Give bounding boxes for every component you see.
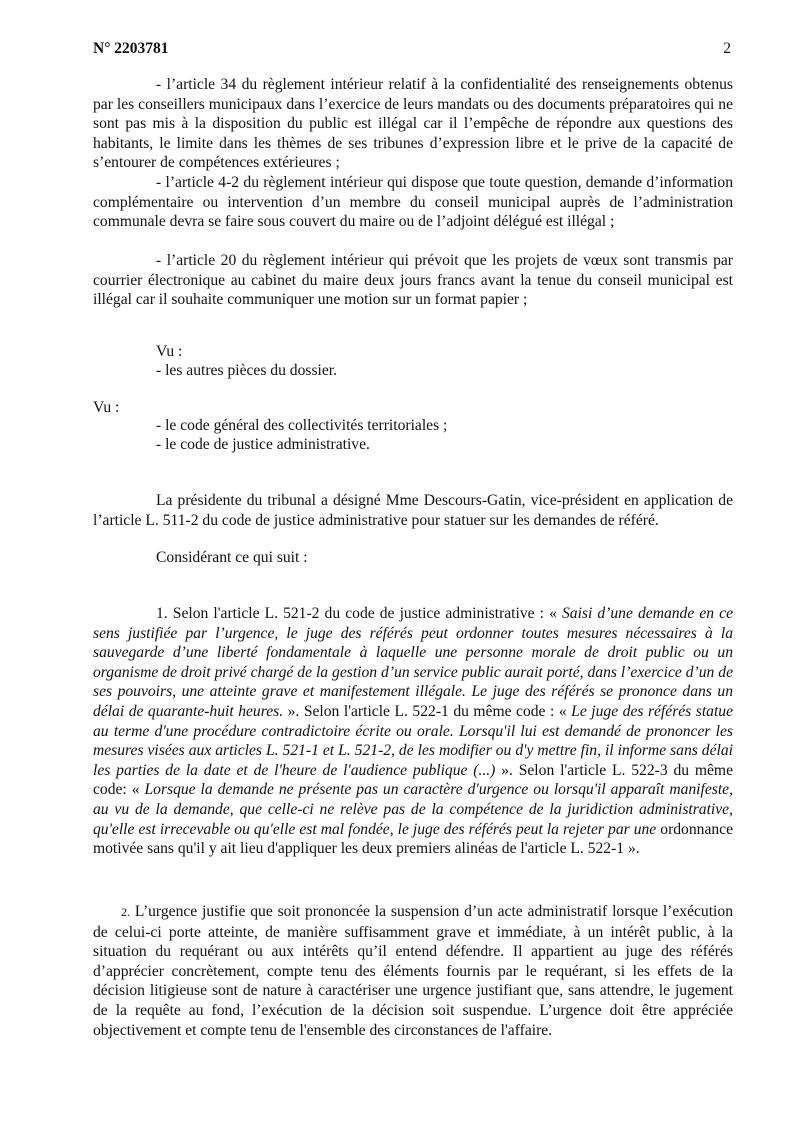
considerant-heading: Considérant ce qui suit :: [93, 548, 733, 568]
designation-paragraph: La présidente du tribunal a désigné Mme …: [93, 491, 733, 530]
paragraph-1-number: 1.: [156, 605, 168, 622]
grievance-article-34: - l’article 34 du règlement intérieur re…: [93, 75, 733, 173]
quote-l522-3: Lorsque la demande ne présente pas un ca…: [93, 781, 733, 837]
vu-first-label: Vu :: [93, 342, 733, 362]
vu-second-item-cja: - le code de justice administrative.: [93, 435, 733, 455]
grievance-article-20: - l’article 20 du règlement intérieur qu…: [93, 251, 733, 310]
page-header: N° 2203781 2: [93, 40, 733, 60]
paragraph-2-number: 2.: [121, 905, 130, 919]
paragraph-1: 1. Selon l'article L. 521-2 du code de j…: [93, 604, 733, 859]
paragraph-2: 2. L’urgence justifie que soit prononcée…: [93, 902, 733, 1040]
vu-second-item-cgct: - le code général des collectivités terr…: [93, 416, 733, 436]
grievance-article-4-2: - l’article 4-2 du règlement intérieur q…: [93, 173, 733, 232]
vu-second-label: Vu :: [93, 398, 733, 418]
vu-first-item: - les autres pièces du dossier.: [93, 361, 733, 381]
page-number: 2: [723, 40, 731, 58]
document-number: N° 2203781: [93, 40, 169, 58]
